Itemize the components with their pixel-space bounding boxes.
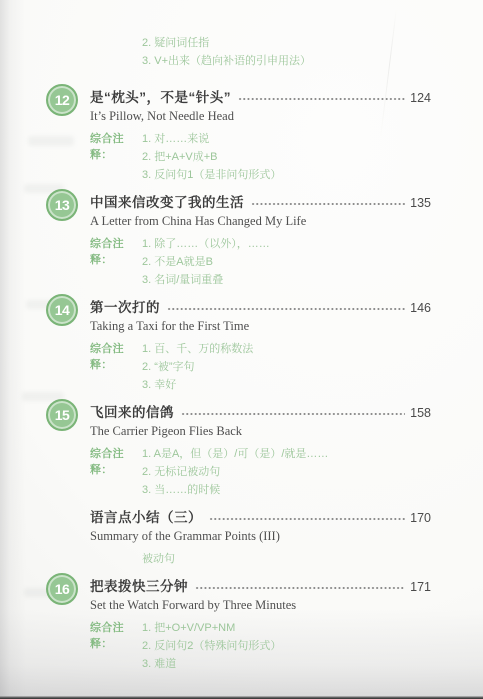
lesson-number-badge: 12 — [46, 84, 78, 116]
note-line: 1. 把+O+V/VP+NM — [142, 619, 431, 637]
table-of-contents: 2. 疑问词任指 3. V+出来（趋向补语的引申用法） 12 是“枕头”，不是“… — [46, 34, 431, 682]
note-line: 3. 当……的时候 — [142, 481, 431, 499]
note-line: 2. 无标记被动句 — [142, 463, 431, 481]
book-page-photo: 2. 疑问词任指 3. V+出来（趋向补语的引申用法） 12 是“枕头”，不是“… — [0, 0, 483, 699]
lesson-number-badge: 14 — [46, 294, 78, 326]
note-line: 3. 名词/量词重叠 — [142, 271, 431, 289]
note-line: 2. 不是A就是B — [142, 253, 431, 271]
toc-entry-lesson-14: 14 第一次打的 146 Taking a Taxi for the First… — [46, 298, 431, 394]
toc-entry-lesson-15: 15 飞回来的信鸽 158 The Carrier Pigeon Flies B… — [46, 403, 431, 499]
notes-label: 综合注释： — [90, 340, 142, 394]
lesson-title-en: It’s Pillow, Not Needle Head — [90, 109, 431, 126]
dotted-leader — [238, 95, 405, 103]
summary-title-en: Summary of the Grammar Points (III) — [90, 529, 431, 546]
page-number: 135 — [410, 196, 431, 210]
dotted-leader — [195, 584, 405, 592]
note-line: 1. 除了……（以外），…… — [142, 235, 431, 253]
dotted-leader — [251, 200, 405, 208]
lesson-title-cn: 飞回来的信鸽 — [90, 401, 174, 421]
note-line: 2. 把+A+V成+B — [142, 148, 431, 166]
toc-entry-lesson-13: 13 中国来信改变了我的生活 135 A Letter from China H… — [46, 193, 431, 289]
note-line: 被动句 — [142, 550, 431, 568]
page-number: 170 — [410, 511, 431, 525]
note-line: 2. 疑问词任指 — [142, 34, 431, 52]
note-line: 1. A是A，但（是）/可（是）/就是…… — [142, 445, 431, 463]
note-line: 3. 反问句1（是非问句形式） — [142, 166, 431, 184]
lesson-title-cn: 第一次打的 — [90, 296, 160, 316]
badge-spacer — [46, 508, 90, 568]
note-line: 3. 难道 — [142, 655, 431, 673]
toc-entry-summary: 语言点小结（三） 170 Summary of the Grammar Poin… — [46, 508, 431, 568]
lesson-title-cn: 把表拨快三分钟 — [90, 575, 188, 595]
continuation-notes: 2. 疑问词任指 3. V+出来（趋向补语的引申用法） — [142, 34, 431, 70]
lesson-title-cn: 是“枕头”，不是“针头” — [90, 86, 231, 106]
dotted-leader — [209, 515, 405, 523]
page-number: 124 — [410, 91, 431, 105]
note-line: 2. “被”字句 — [142, 358, 431, 376]
notes-label: 综合注释： — [90, 130, 142, 184]
summary-title-cn: 语言点小结（三） — [90, 506, 202, 526]
lesson-number-badge: 15 — [46, 399, 78, 431]
note-line: 3. 幸好 — [142, 376, 431, 394]
lesson-title-cn: 中国来信改变了我的生活 — [90, 191, 244, 211]
dotted-leader — [181, 410, 405, 418]
dotted-leader — [167, 305, 405, 313]
notes-label: 综合注释： — [90, 235, 142, 289]
note-line: 1. 对……来说 — [142, 130, 431, 148]
note-line: 3. V+出来（趋向补语的引申用法） — [142, 52, 431, 70]
toc-entry-lesson-16: 16 把表拨快三分钟 171 Set the Watch Forward by … — [46, 577, 431, 673]
lesson-title-en: Taking a Taxi for the First Time — [90, 319, 431, 336]
notes-label: 综合注释： — [90, 445, 142, 499]
lesson-number-badge: 16 — [46, 573, 78, 605]
page-number: 146 — [410, 301, 431, 315]
note-line: 1. 百、千、万的称数法 — [142, 340, 431, 358]
page-number: 158 — [410, 406, 431, 420]
lesson-number-badge: 13 — [46, 189, 78, 221]
toc-entry-lesson-12: 12 是“枕头”，不是“针头” 124 It’s Pillow, Not Nee… — [46, 88, 431, 184]
lesson-title-en: A Letter from China Has Changed My Life — [90, 214, 431, 231]
note-line: 2. 反问句2（特殊问句形式） — [142, 637, 431, 655]
notes-label: 综合注释： — [90, 619, 142, 673]
lesson-title-en: Set the Watch Forward by Three Minutes — [90, 598, 431, 615]
lesson-title-en: The Carrier Pigeon Flies Back — [90, 424, 431, 441]
page-number: 171 — [410, 580, 431, 594]
